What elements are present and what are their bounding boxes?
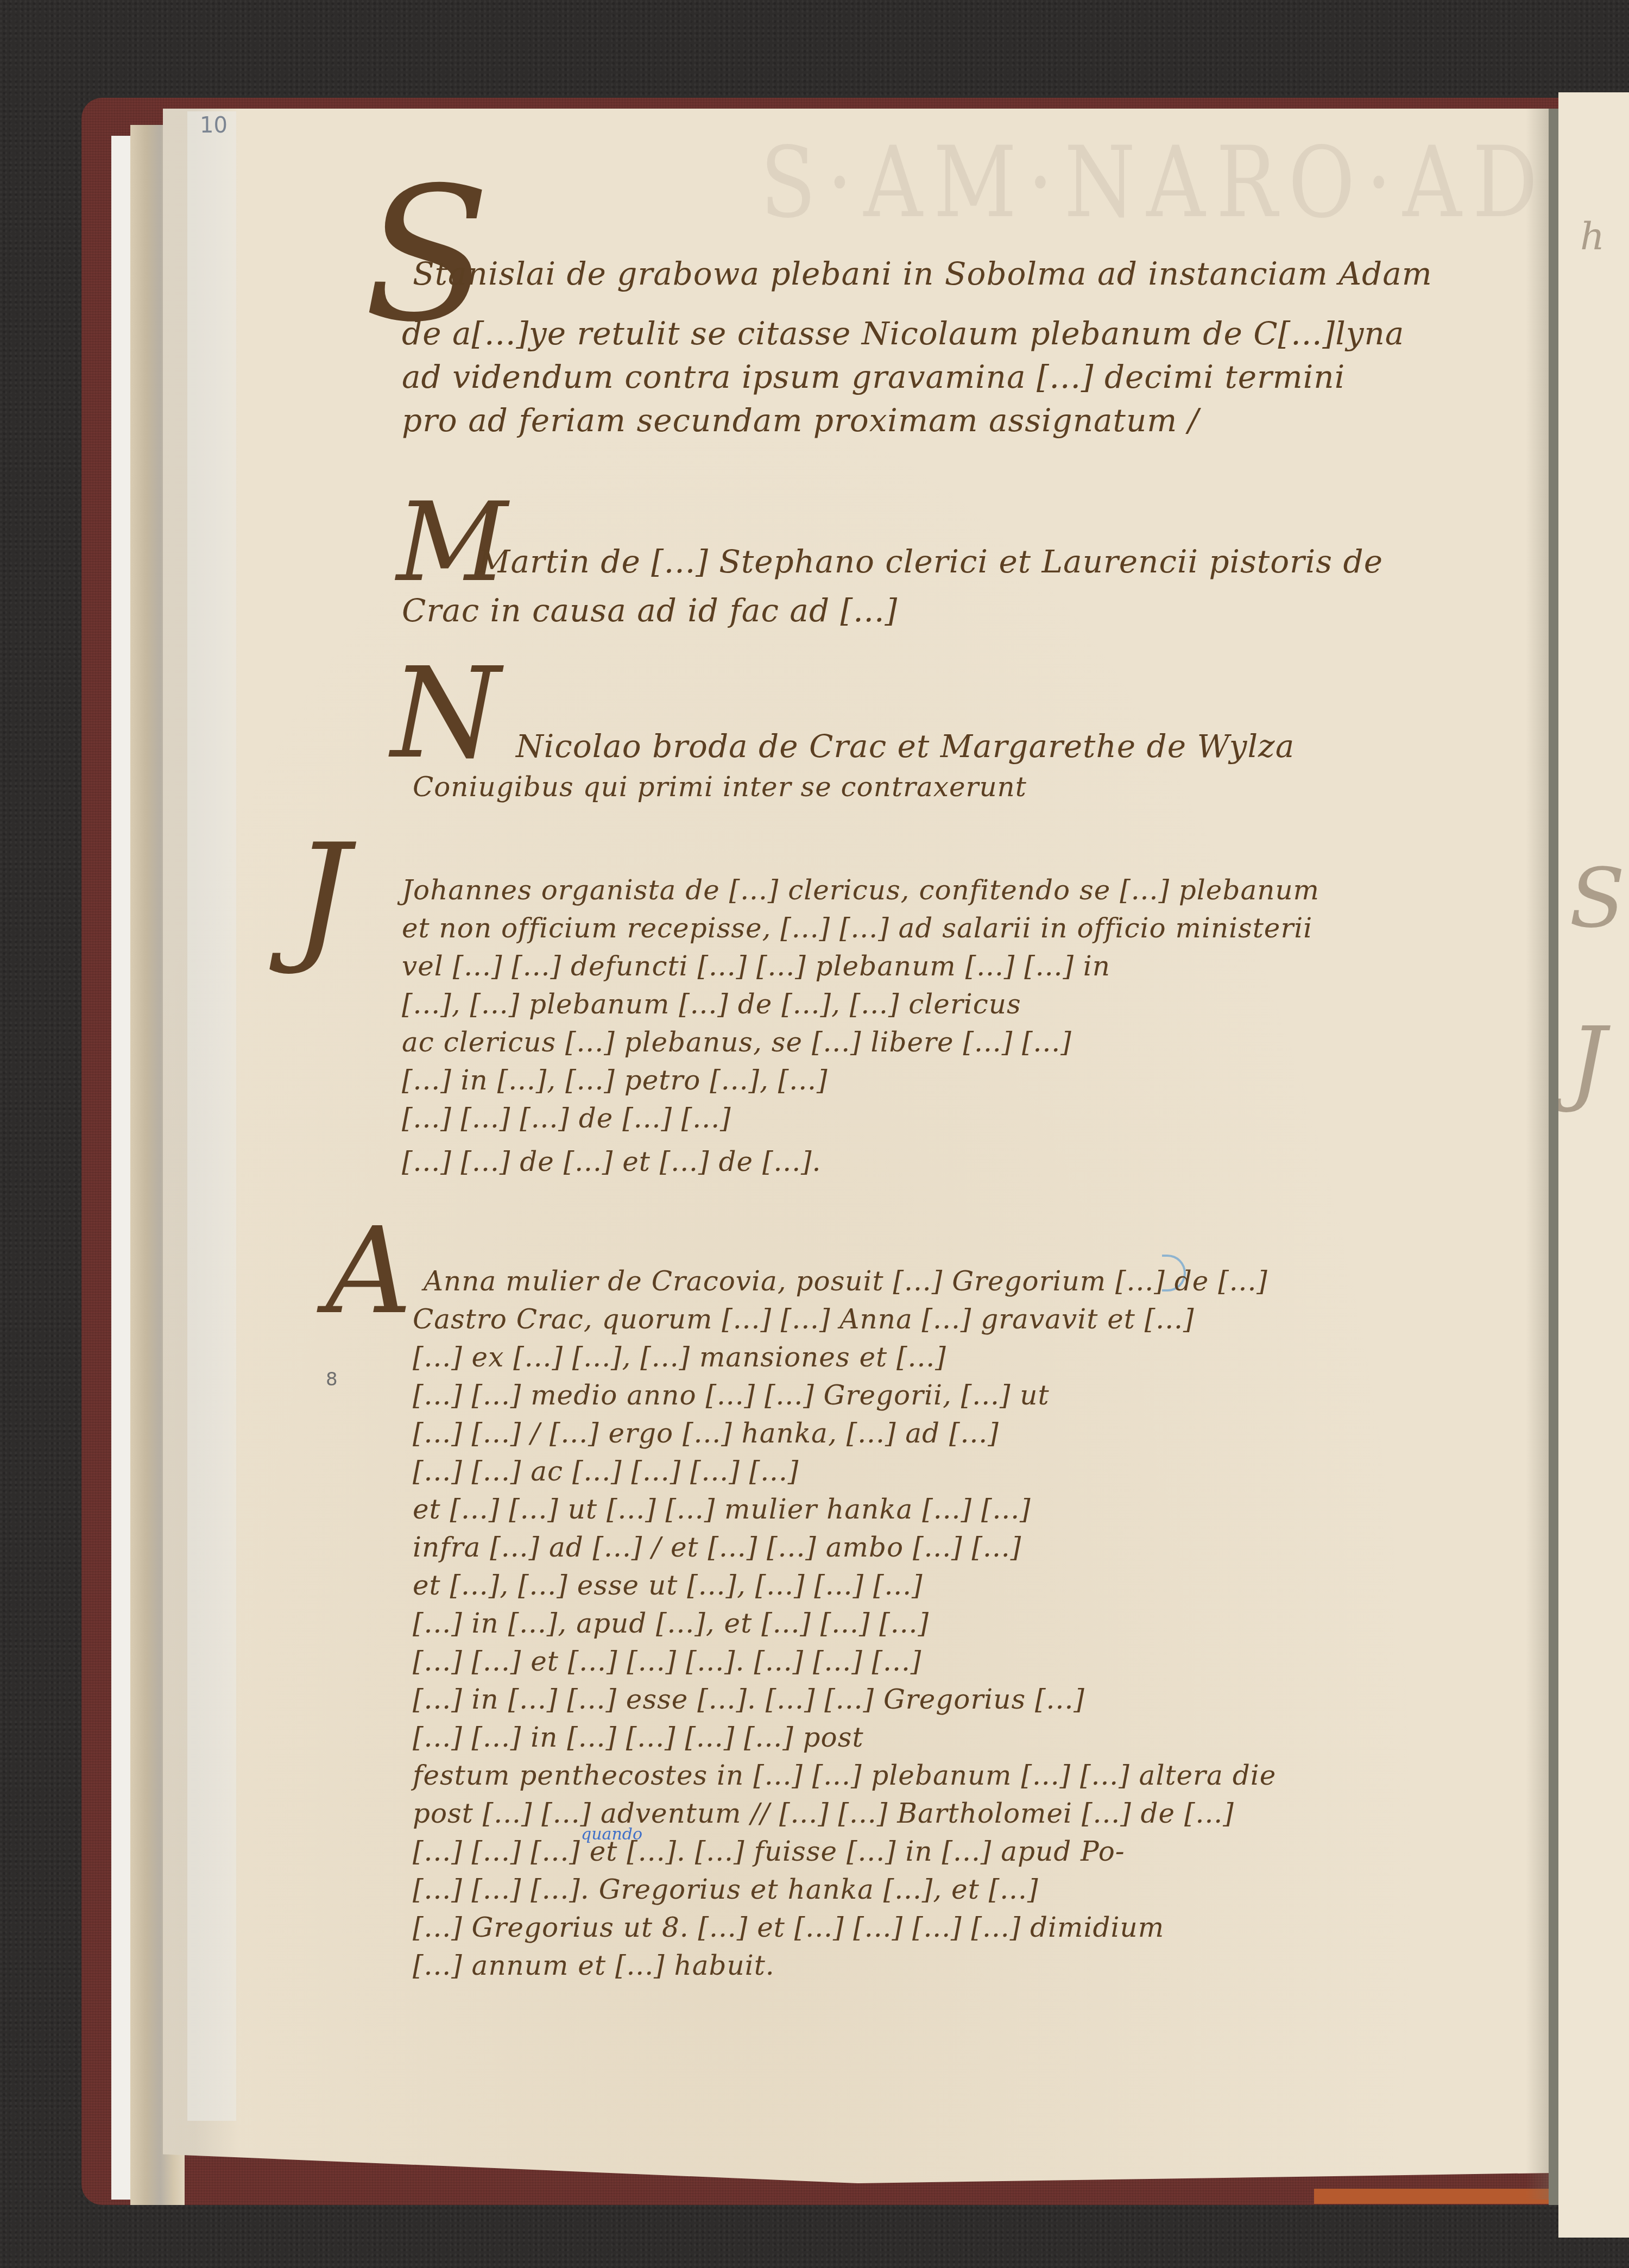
facing-fragment: J [1569, 1016, 1606, 1108]
verso-show-through: S·AM·NARO·ADIO·MA· [760, 127, 1629, 240]
text-line: [...] [...] [...]. Gregorius et hanka [.… [413, 1874, 1038, 1905]
decorated-initial: A [326, 1211, 412, 1331]
blue-interlinear-gloss: quando [581, 1825, 642, 1844]
text-line: Martin de [...] Stephano clerici et Laur… [478, 543, 1383, 580]
margin-pencil-mark: 8 [326, 1369, 338, 1390]
text-line: [...] [...] in [...] [...] [...] [...] p… [413, 1722, 863, 1753]
facing-page-edge: h S J [1558, 92, 1629, 2238]
text-line: [...] [...] ac [...] [...] [...] [...] [413, 1456, 799, 1487]
text-line: [...] Gregorius ut 8. [...] et [...] [..… [413, 1912, 1164, 1943]
text-line: pro ad feriam secundam proximam assignat… [402, 402, 1199, 439]
facing-fragment: S [1569, 858, 1625, 940]
text-line: [...] [...] [...] de [...] [...] [402, 1102, 731, 1134]
text-line: [...] [...] et [...] [...] [...]. [...] … [413, 1646, 921, 1677]
repair-tissue-strip [187, 111, 236, 2121]
text-line: et non officium recepisse, [...] [...] a… [402, 912, 1312, 944]
decorated-initial: J [293, 826, 350, 967]
text-line: [...] in [...], [...] petro [...], [...] [402, 1064, 828, 1096]
text-line: Johannes organista de [...] clericus, co… [402, 874, 1319, 906]
text-line: et [...], [...] esse ut [...], [...] [..… [413, 1570, 923, 1601]
text-line: [...] in [...] [...] esse [...]. [...] [… [413, 1684, 1085, 1715]
text-line: infra [...] ad [...] / et [...] [...] am… [413, 1532, 1021, 1563]
text-line: Anna mulier de Cracovia, posuit [...] Gr… [424, 1265, 1268, 1297]
text-line: [...] [...] [...] et [...]. [...] fuisse… [413, 1836, 1125, 1867]
text-line: [...] annum et [...] habuit. [413, 1950, 775, 1981]
text-line: Nicolao broda de Crac et Margarethe de W… [516, 728, 1295, 765]
text-line: festum penthecostes in [...] [...] pleba… [413, 1760, 1276, 1791]
decorated-initial: N [391, 652, 500, 777]
text-line: [...], [...] plebanum [...] de [...], [.… [402, 988, 1021, 1020]
folio-number: 10 [200, 113, 228, 138]
text-line: [...] [...] medio anno [...] [...] Grego… [413, 1379, 1050, 1411]
text-line: [...] [...] de [...] et [...] de [...]. [402, 1146, 822, 1177]
facing-fragment: h [1580, 217, 1605, 255]
text-line: [...] in [...], apud [...], et [...] [..… [413, 1608, 929, 1639]
text-line: [...] ex [...] [...], [...] mansiones et… [413, 1341, 946, 1373]
book-gutter [1549, 109, 1558, 2205]
text-line: [...] [...] / [...] ergo [...] hanka, [.… [413, 1417, 999, 1449]
text-line: vel [...] [...] defuncti [...] [...] ple… [402, 950, 1110, 982]
text-line: Castro Crac, quorum [...] [...] Anna [..… [413, 1303, 1194, 1335]
text-line: Coniugibus qui primi inter se contraxeru… [413, 771, 1027, 803]
text-line: post [...] [...] adventum // [...] [...]… [413, 1798, 1234, 1829]
text-line: et [...] [...] ut [...] [...] mulier han… [413, 1494, 1031, 1525]
text-line: ad videndum contra ipsum gravamina [...]… [402, 358, 1345, 395]
text-line: Crac in causa ad id fac ad [...] [402, 592, 898, 629]
text-line: Stanislai de grabowa plebani in Sobolma … [413, 255, 1432, 292]
text-line: de a[...]ye retulit se citasse Nicolaum … [402, 315, 1404, 352]
text-line: ac clericus [...] plebanus, se [...] lib… [402, 1026, 1072, 1058]
